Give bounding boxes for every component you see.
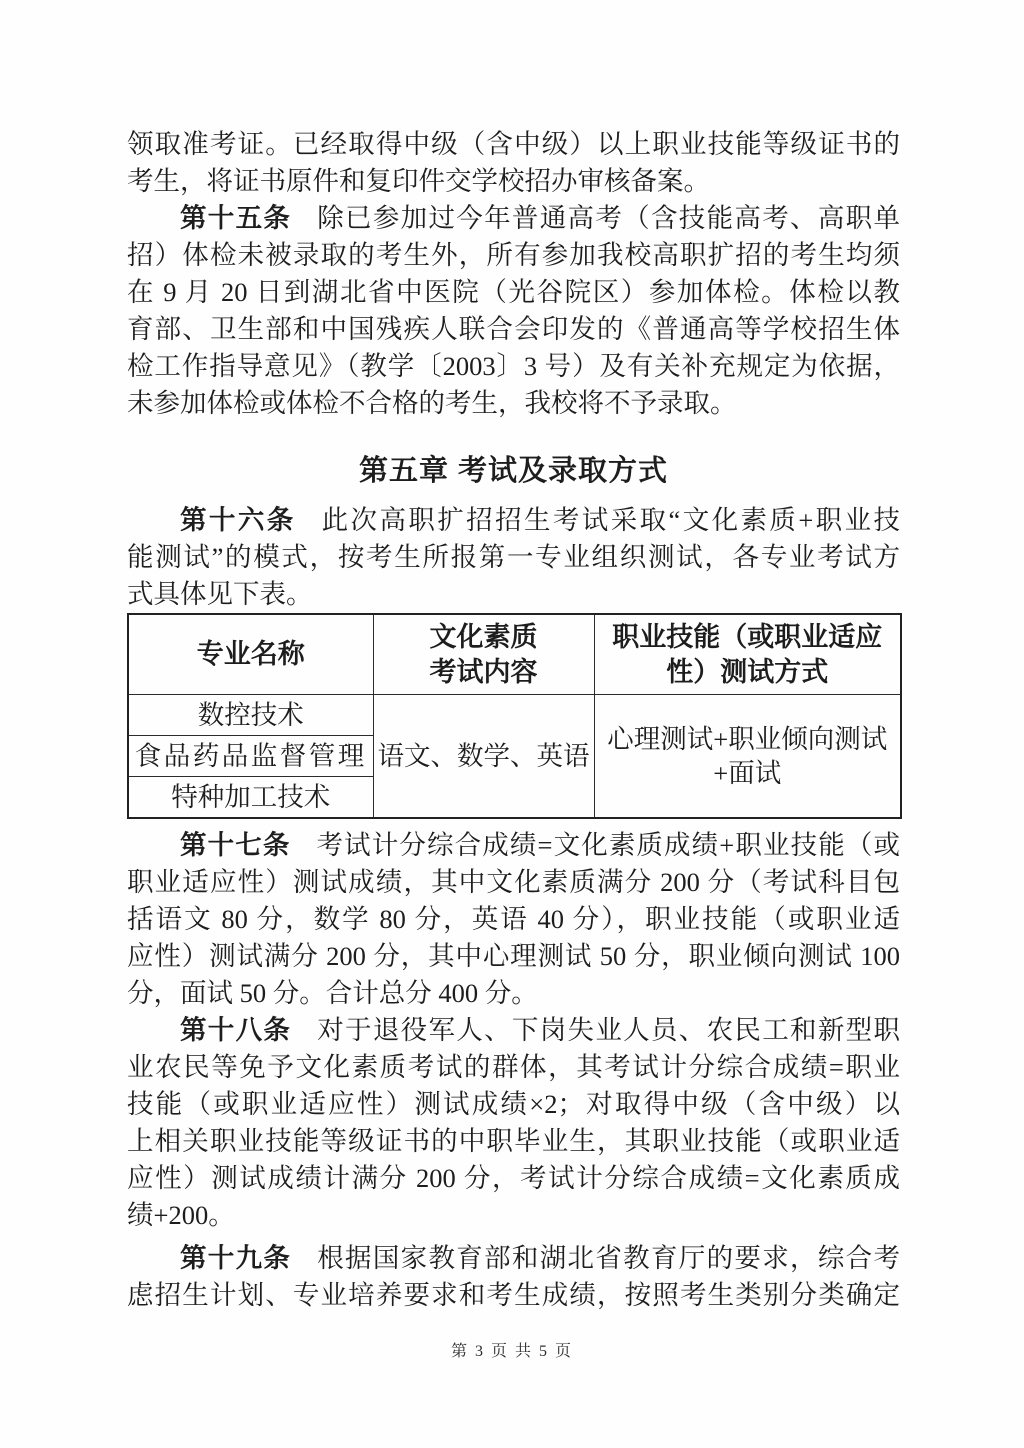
article-number: 第十七条 (180, 830, 291, 860)
paragraph-line: 未参加体检或体检不合格的考生，我校将不予录取。 (127, 385, 900, 422)
paragraph-article-16: 第十六条此次高职扩招招生考试采取“文化素质+职业技 能测试”的模式，按考生所报第… (127, 502, 900, 613)
line-text: 分，面试 50 分。合计总分 400 分。 (127, 978, 538, 1008)
paragraph-article-18: 第十八条对于退役军人、下岗失业人员、农民工和新型职 业农民等免予文化素质考试的群… (127, 1012, 900, 1234)
article-number: 第十八条 (180, 1015, 291, 1045)
paragraph-article-15: 第十五条除已参加过今年普通高考（含技能高考、高职单 招）体检未被录取的考生外，所… (127, 200, 900, 422)
chapter-heading: 第五章 考试及录取方式 (127, 452, 900, 490)
paragraph-line: 应性）测试满分 200 分，其中心理测试 50 分，职业倾向测试 100 (127, 938, 900, 975)
paragraph-line: 职业适应性）测试成绩，其中文化素质满分 200 分（考试科目包 (127, 864, 900, 901)
cell-culture-exam-content: 语文、数学、英语 (373, 695, 594, 819)
line-text: 此次高职扩招招生考试采取“文化素质+职业技 (322, 505, 900, 535)
cell-major-cnc: 数控技术 (128, 695, 373, 736)
paragraph-line: 第十九条根据国家教育部和湖北省教育厅的要求，综合考 (127, 1240, 900, 1277)
cell-major-special-machining: 特种加工技术 (128, 777, 373, 819)
line-text: 除已参加过今年普通高考（含技能高考、高职单 (317, 203, 900, 233)
paragraph-line: 应性）测试成绩计满分 200 分，考试计分综合成绩=文化素质成 (127, 1160, 900, 1197)
line-text: 业农民等免予文化素质考试的群体，其考试计分综合成绩=职业 (127, 1052, 900, 1082)
paragraph-line: 第十六条此次高职扩招招生考试采取“文化素质+职业技 (127, 502, 900, 539)
line-text: 对于退役军人、下岗失业人员、农民工和新型职 (317, 1015, 900, 1045)
exam-methods-table: 专业名称 文化素质 考试内容 职业技能（或职业适应 性）测试方式 数控技术 语文… (127, 613, 902, 819)
line-text: 检工作指导意见》（教学〔2003〕3 号）及有关补充规定为依据， (127, 351, 900, 381)
line-text: 根据国家教育部和湖北省教育厅的要求，综合考 (317, 1243, 900, 1273)
paragraph-article-17: 第十七条考试计分综合成绩=文化素质成绩+职业技能（或 职业适应性）测试成绩，其中… (127, 827, 900, 1012)
line-text: 应性）测试成绩计满分 200 分，考试计分综合成绩=文化素质成 (127, 1163, 900, 1193)
line-text: 绩+200。 (127, 1200, 235, 1230)
line-text: 式具体见下表。 (127, 579, 313, 609)
line-text: 考试计分综合成绩=文化素质成绩+职业技能（或 (317, 830, 901, 860)
paragraph-line: 第十五条除已参加过今年普通高考（含技能高考、高职单 (127, 200, 900, 237)
page-footer: 第 3 页 共 5 页 (0, 1338, 1024, 1361)
line-text: 招）体检未被录取的考生外，所有参加我校高职扩招的考生均须 (127, 240, 900, 270)
paragraph-line: 业农民等免予文化素质考试的群体，其考试计分综合成绩=职业 (127, 1049, 900, 1086)
line-text: 育部、卫生部和中国残疾人联合会印发的《普通高等学校招生体 (127, 314, 900, 344)
document-body: 领取准考证。已经取得中级（含中级）以上职业技能等级证书的 考生，将证书原件和复印… (127, 126, 900, 1314)
header-culture-exam-content: 文化素质 考试内容 (373, 614, 594, 695)
header-skill-test-method: 职业技能（或职业适应 性）测试方式 (594, 614, 901, 695)
line-text: 职业适应性）测试成绩，其中文化素质满分 200 分（考试科目包 (127, 867, 900, 897)
line-text: 括语文 80 分，数学 80 分，英语 40 分），职业技能（或职业适 (127, 904, 900, 934)
paragraph-line: 能测试”的模式，按考生所报第一专业组织测试，各专业考试方 (127, 539, 900, 576)
paragraph-14-continuation: 领取准考证。已经取得中级（含中级）以上职业技能等级证书的 考生，将证书原件和复印… (127, 126, 900, 200)
paragraph-line: 虑招生计划、专业培养要求和考生成绩，按照考生类别分类确定 (127, 1277, 900, 1314)
paragraph-line: 括语文 80 分，数学 80 分，英语 40 分），职业技能（或职业适 (127, 901, 900, 938)
line-text: 虑招生计划、专业培养要求和考生成绩，按照考生类别分类确定 (127, 1280, 900, 1310)
paragraph-article-19: 第十九条根据国家教育部和湖北省教育厅的要求，综合考 虑招生计划、专业培养要求和考… (127, 1240, 900, 1314)
paragraph-line: 技能（或职业适应性）测试成绩×2；对取得中级（含中级）以 (127, 1086, 900, 1123)
document-page: 领取准考证。已经取得中级（含中级）以上职业技能等级证书的 考生，将证书原件和复印… (0, 0, 1024, 1448)
paragraph-line: 检工作指导意见》（教学〔2003〕3 号）及有关补充规定为依据， (127, 348, 900, 385)
line-text: 考生，将证书原件和复印件交学校招办审核备案。 (127, 166, 710, 196)
line-text: 领取准考证。已经取得中级（含中级）以上职业技能等级证书的 (127, 129, 900, 159)
table-row: 数控技术 语文、数学、英语 心理测试+职业倾向测试 +面试 (128, 695, 901, 736)
line-text: 技能（或职业适应性）测试成绩×2；对取得中级（含中级）以 (127, 1089, 900, 1119)
cell-major-food-drug: 食品药品监督管理 (128, 736, 373, 777)
paragraph-line: 第十八条对于退役军人、下岗失业人员、农民工和新型职 (127, 1012, 900, 1049)
line-text: 应性）测试满分 200 分，其中心理测试 50 分，职业倾向测试 100 (127, 941, 900, 971)
line-text: 在 9 月 20 日到湖北省中医院（光谷院区）参加体检。体检以教 (127, 277, 900, 307)
line-text: 未参加体检或体检不合格的考生，我校将不予录取。 (127, 388, 737, 418)
cell-skill-test-method: 心理测试+职业倾向测试 +面试 (594, 695, 901, 819)
paragraph-line: 第十七条考试计分综合成绩=文化素质成绩+职业技能（或 (127, 827, 900, 864)
paragraph-line: 上相关职业技能等级证书的中职毕业生，其职业技能（或职业适 (127, 1123, 900, 1160)
line-text: 能测试”的模式，按考生所报第一专业组织测试，各专业考试方 (127, 542, 900, 572)
paragraph-line: 绩+200。 (127, 1197, 900, 1234)
article-number: 第十六条 (180, 505, 296, 535)
article-number: 第十九条 (180, 1243, 291, 1273)
table-header-row: 专业名称 文化素质 考试内容 职业技能（或职业适应 性）测试方式 (128, 614, 901, 695)
paragraph-line: 在 9 月 20 日到湖北省中医院（光谷院区）参加体检。体检以教 (127, 274, 900, 311)
paragraph-line: 领取准考证。已经取得中级（含中级）以上职业技能等级证书的 (127, 126, 900, 163)
paragraph-line: 分，面试 50 分。合计总分 400 分。 (127, 975, 900, 1012)
paragraph-line: 式具体见下表。 (127, 576, 900, 613)
paragraph-line: 考生，将证书原件和复印件交学校招办审核备案。 (127, 163, 900, 200)
article-number: 第十五条 (180, 203, 291, 233)
paragraph-line: 招）体检未被录取的考生外，所有参加我校高职扩招的考生均须 (127, 237, 900, 274)
paragraph-line: 育部、卫生部和中国残疾人联合会印发的《普通高等学校招生体 (127, 311, 900, 348)
line-text: 上相关职业技能等级证书的中职毕业生，其职业技能（或职业适 (127, 1126, 900, 1156)
header-major-name: 专业名称 (128, 614, 373, 695)
